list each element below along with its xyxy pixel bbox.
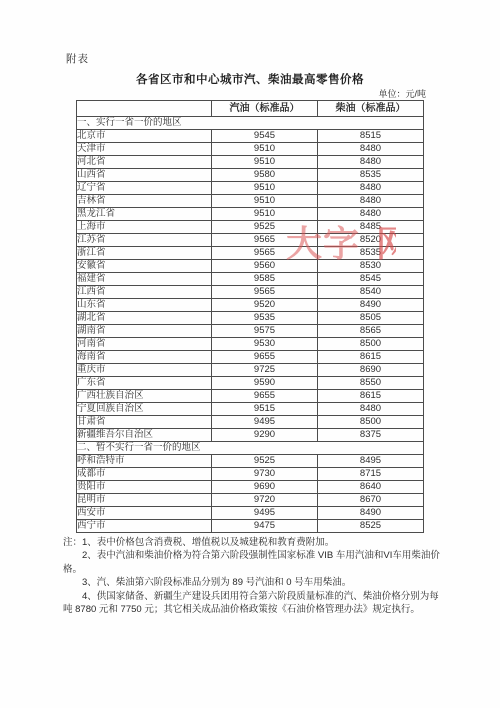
region-name-cell: 湖南省 xyxy=(77,325,212,338)
table-row: 广东省95908550 xyxy=(77,377,424,390)
region-name-cell: 广西壮族自治区 xyxy=(77,390,212,403)
section-heading: 二、暂不实行一省一价的地区 xyxy=(77,442,424,455)
region-name-cell: 山西省 xyxy=(77,169,212,182)
gasoline-price-cell: 9565 xyxy=(212,286,318,299)
diesel-price-cell: 8480 xyxy=(318,403,424,416)
region-name-cell: 福建省 xyxy=(77,273,212,286)
table-row: 成都市97308715 xyxy=(77,468,424,481)
diesel-price-cell: 8490 xyxy=(318,507,424,520)
gasoline-price-cell: 9510 xyxy=(212,208,318,221)
diesel-price-cell: 8565 xyxy=(318,325,424,338)
table-row: 广西壮族自治区96558615 xyxy=(77,390,424,403)
region-name-cell: 河北省 xyxy=(77,156,212,169)
table-row: 天津市95108480 xyxy=(77,143,424,156)
annex-label: 附表 xyxy=(66,51,89,66)
gasoline-price-cell: 9495 xyxy=(212,416,318,429)
region-name-cell: 甘肃省 xyxy=(77,416,212,429)
gasoline-price-cell: 9565 xyxy=(212,247,318,260)
diesel-price-cell: 8525 xyxy=(318,520,424,533)
gasoline-price-cell: 9520 xyxy=(212,299,318,312)
price-table-body: 一、实行一省一价的地区北京市95458515天津市95108480河北省9510… xyxy=(77,117,424,533)
diesel-price-cell: 8535 xyxy=(318,169,424,182)
gasoline-price-cell: 9655 xyxy=(212,390,318,403)
gasoline-price-cell: 9510 xyxy=(212,156,318,169)
region-name-cell: 广东省 xyxy=(77,377,212,390)
region-name-cell: 江苏省 xyxy=(77,234,212,247)
table-row: 山西省95808535 xyxy=(77,169,424,182)
note-3: 3、汽、柴油第六阶段标准品分别为 89 号汽油和 0 号车用柴油。 xyxy=(63,576,441,589)
diesel-price-cell: 8500 xyxy=(318,338,424,351)
table-row: 宁夏回族自治区95158480 xyxy=(77,403,424,416)
gasoline-price-cell: 9730 xyxy=(212,468,318,481)
region-name-cell: 辽宁省 xyxy=(77,182,212,195)
section-heading-row: 一、实行一省一价的地区 xyxy=(77,117,424,130)
diesel-price-cell: 8545 xyxy=(318,273,424,286)
region-name-cell: 宁夏回族自治区 xyxy=(77,403,212,416)
table-row: 昆明市97208670 xyxy=(77,494,424,507)
gasoline-price-cell: 9495 xyxy=(212,507,318,520)
region-name-cell: 安徽省 xyxy=(77,260,212,273)
diesel-price-cell: 8615 xyxy=(318,390,424,403)
region-name-cell: 西安市 xyxy=(77,507,212,520)
region-name-cell: 河南省 xyxy=(77,338,212,351)
gasoline-price-cell: 9720 xyxy=(212,494,318,507)
diesel-price-cell: 8540 xyxy=(318,286,424,299)
gasoline-price-cell: 9510 xyxy=(212,143,318,156)
diesel-price-cell: 8550 xyxy=(318,377,424,390)
gasoline-price-cell: 9585 xyxy=(212,273,318,286)
page-title: 各省区市和中心城市汽、柴油最高零售价格 xyxy=(0,71,500,87)
gasoline-price-cell: 9655 xyxy=(212,351,318,364)
table-header-row: 汽油（标准品） 柴油（标准品） xyxy=(77,101,424,117)
table-row: 湖南省95758565 xyxy=(77,325,424,338)
table-row: 海南省96558615 xyxy=(77,351,424,364)
region-name-cell: 成都市 xyxy=(77,468,212,481)
table-row: 重庆市97258690 xyxy=(77,364,424,377)
diesel-price-cell: 8670 xyxy=(318,494,424,507)
diesel-price-cell: 8480 xyxy=(318,208,424,221)
gasoline-price-cell: 9535 xyxy=(212,312,318,325)
section-heading: 一、实行一省一价的地区 xyxy=(77,117,424,130)
diesel-price-cell: 8535 xyxy=(318,247,424,260)
table-row: 安徽省95608530 xyxy=(77,260,424,273)
gasoline-price-cell: 9510 xyxy=(212,182,318,195)
table-row: 福建省95858545 xyxy=(77,273,424,286)
gasoline-price-cell: 9590 xyxy=(212,377,318,390)
note-2: 2、表中汽油和柴油价格为符合第六阶段强制性国家标准 VIB 车用汽油和VI车用柴… xyxy=(63,549,441,576)
diesel-price-cell: 8505 xyxy=(318,312,424,325)
table-row: 江苏省95658520 xyxy=(77,234,424,247)
region-name-cell: 山东省 xyxy=(77,299,212,312)
gasoline-price-cell: 9565 xyxy=(212,234,318,247)
table-row: 甘肃省94958500 xyxy=(77,416,424,429)
table-row: 呼和浩特市95258495 xyxy=(77,455,424,468)
table-row: 贵阳市96908640 xyxy=(77,481,424,494)
region-name-cell: 浙江省 xyxy=(77,247,212,260)
diesel-price-cell: 8495 xyxy=(318,455,424,468)
diesel-price-cell: 8480 xyxy=(318,195,424,208)
table-row: 西宁市94758525 xyxy=(77,520,424,533)
gasoline-price-cell: 9545 xyxy=(212,130,318,143)
table-row: 山东省95208490 xyxy=(77,299,424,312)
price-table: 汽油（标准品） 柴油（标准品） 一、实行一省一价的地区北京市95458515天津… xyxy=(76,100,424,533)
table-row: 河南省95308500 xyxy=(77,338,424,351)
diesel-price-cell: 8520 xyxy=(318,234,424,247)
table-row: 西安市94958490 xyxy=(77,507,424,520)
diesel-price-cell: 8480 xyxy=(318,156,424,169)
diesel-price-cell: 8500 xyxy=(318,416,424,429)
note-1: 注：1、表中价格包含消费税、增值税以及城建税和教育费附加。 xyxy=(63,536,441,549)
gasoline-price-cell: 9510 xyxy=(212,195,318,208)
diesel-price-cell: 8515 xyxy=(318,130,424,143)
table-row: 浙江省95658535 xyxy=(77,247,424,260)
region-name-cell: 昆明市 xyxy=(77,494,212,507)
table-row: 河北省95108480 xyxy=(77,156,424,169)
region-name-cell: 湖北省 xyxy=(77,312,212,325)
region-name-cell: 呼和浩特市 xyxy=(77,455,212,468)
table-row: 黑龙江省95108480 xyxy=(77,208,424,221)
table-row: 辽宁省95108480 xyxy=(77,182,424,195)
section-heading-row: 二、暂不实行一省一价的地区 xyxy=(77,442,424,455)
gasoline-price-cell: 9290 xyxy=(212,429,318,442)
region-name-cell: 贵阳市 xyxy=(77,481,212,494)
region-name-cell: 天津市 xyxy=(77,143,212,156)
gasoline-price-cell: 9560 xyxy=(212,260,318,273)
diesel-price-cell: 8640 xyxy=(318,481,424,494)
table-row: 湖北省95358505 xyxy=(77,312,424,325)
region-name-cell: 吉林省 xyxy=(77,195,212,208)
region-name-cell: 江西省 xyxy=(77,286,212,299)
table-row: 上海市95258485 xyxy=(77,221,424,234)
table-row: 新疆维吾尔自治区92908375 xyxy=(77,429,424,442)
gasoline-price-cell: 9525 xyxy=(212,221,318,234)
region-name-cell: 新疆维吾尔自治区 xyxy=(77,429,212,442)
gasoline-price-cell: 9530 xyxy=(212,338,318,351)
table-row: 吉林省95108480 xyxy=(77,195,424,208)
region-name-cell: 黑龙江省 xyxy=(77,208,212,221)
table-row: 江西省95658540 xyxy=(77,286,424,299)
notes-block: 注：1、表中价格包含消费税、增值税以及城建税和教育费附加。 2、表中汽油和柴油价… xyxy=(63,536,441,616)
region-name-cell: 上海市 xyxy=(77,221,212,234)
diesel-price-cell: 8715 xyxy=(318,468,424,481)
table-row: 北京市95458515 xyxy=(77,130,424,143)
gasoline-price-cell: 9690 xyxy=(212,481,318,494)
diesel-price-cell: 8530 xyxy=(318,260,424,273)
region-name-cell: 西宁市 xyxy=(77,520,212,533)
gasoline-price-cell: 9725 xyxy=(212,364,318,377)
gasoline-price-cell: 9525 xyxy=(212,455,318,468)
diesel-price-cell: 8690 xyxy=(318,364,424,377)
note-4: 4、供国家储备、新疆生产建设兵团用符合第六阶段质量标准的汽、柴油价格分别为每吨 … xyxy=(63,590,441,617)
region-name-cell: 海南省 xyxy=(77,351,212,364)
gasoline-price-cell: 9475 xyxy=(212,520,318,533)
unit-label: 单位：元/吨 xyxy=(378,87,426,100)
diesel-price-cell: 8480 xyxy=(318,143,424,156)
region-name-cell: 重庆市 xyxy=(77,364,212,377)
gasoline-price-cell: 9575 xyxy=(212,325,318,338)
diesel-price-cell: 8375 xyxy=(318,429,424,442)
diesel-column-header: 柴油（标准品） xyxy=(318,101,424,117)
gasoline-price-cell: 9580 xyxy=(212,169,318,182)
region-name-cell: 北京市 xyxy=(77,130,212,143)
diesel-price-cell: 8480 xyxy=(318,182,424,195)
diesel-price-cell: 8615 xyxy=(318,351,424,364)
corner-cell xyxy=(77,101,212,117)
gasoline-price-cell: 9515 xyxy=(212,403,318,416)
diesel-price-cell: 8490 xyxy=(318,299,424,312)
diesel-price-cell: 8485 xyxy=(318,221,424,234)
document-page: 附表 各省区市和中心城市汽、柴油最高零售价格 单位：元/吨 汽油（标准品） 柴油… xyxy=(0,0,500,708)
gasoline-column-header: 汽油（标准品） xyxy=(212,101,318,117)
